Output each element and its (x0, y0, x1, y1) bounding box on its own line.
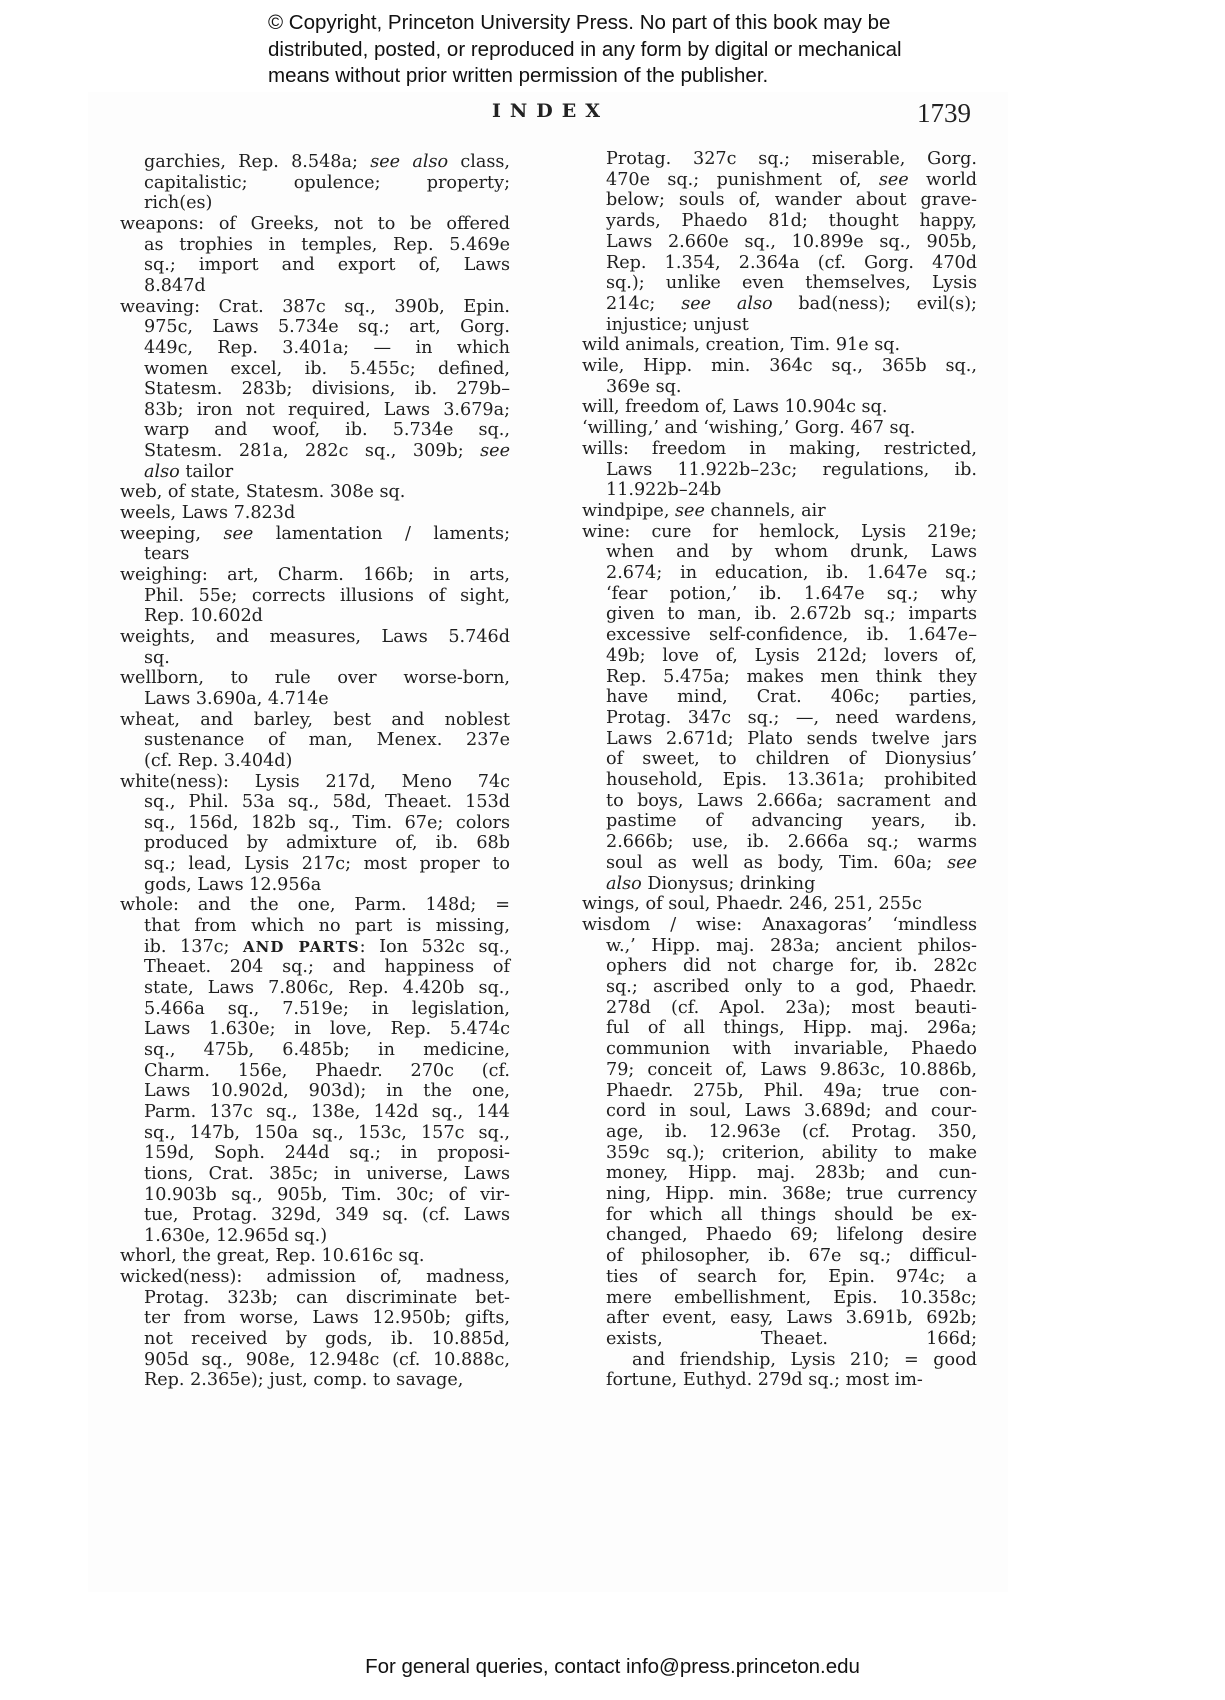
index-entry-head-line: ‘willing,’ and ‘wishing,’ Gorg. 467 sq. (582, 417, 977, 439)
index-entry-continuation-line: sq., 475b, 6.485b; in medicine, (144, 1039, 510, 1061)
italic-cross-reference: see (879, 170, 909, 190)
index-entry-continuation-line: warp and woof, ib. 5.734e sq., (144, 419, 510, 441)
index-entry-continuation-line: injustice; unjust (606, 314, 977, 336)
index-entry-continuation-line: state, Laws 7.806c, Rep. 4.420b sq., (144, 977, 510, 999)
index-entry-continuation-line: (cf. Rep. 3.404d) (144, 750, 510, 772)
index-entry-continuation-line: Laws 11.922b–23c; regulations, ib. (606, 459, 977, 481)
index-entry-continuation-line: yards, Phaedo 81d; thought happy, (606, 210, 977, 232)
index-entry-head-line: weapons: of Greeks, not to be offered (120, 213, 510, 235)
index-entry-continuation-line: 10.903b sq., 905b, Tim. 30c; of vir- (144, 1184, 510, 1206)
index-entry-continuation-line: women excel, ib. 5.455c; defined, (144, 358, 510, 380)
index-entry-continuation-line: rich(es) (144, 192, 510, 214)
index-entry-continuation-line: sq.; ascribed only to a god, Phaedr. (606, 976, 977, 998)
index-entry-head-line: weighing: art, Charm. 166b; in arts, (120, 564, 510, 586)
index-entry-continuation-line: tears (144, 543, 510, 565)
index-entry-continuation-line: excessive self-confidence, ib. 1.647e– (606, 624, 977, 646)
index-entry-head-line: wellborn, to rule over worse-born, (120, 667, 510, 689)
index-entry-continuation-line: Laws 10.902d, 903d); in the one, (144, 1080, 510, 1102)
index-entry-continuation-line: ter from worse, Laws 12.950b; gifts, (144, 1307, 510, 1329)
index-entry-continuation-line: tions, Crat. 385c; in universe, Laws (144, 1163, 510, 1185)
footer-contact: For general queries, contact info@press.… (0, 1655, 1225, 1679)
index-entry-continuation-line: household, Epis. 13.361a; prohibited (606, 769, 977, 791)
index-entry-continuation-line: 1.630e, 12.965d sq.) (144, 1225, 510, 1247)
index-entry-continuation-line: 905d sq., 908e, 12.948c (cf. 10.888c, (144, 1349, 510, 1371)
index-entry-head-line: wile, Hipp. min. 364c sq., 365b sq., (582, 355, 977, 377)
index-entry-continuation-line: 449c, Rep. 3.401a; — in which (144, 337, 510, 359)
small-caps-subheading: AND PARTS (243, 938, 360, 956)
index-entry-head-line: wheat, and barley, best and noblest (120, 709, 510, 731)
italic-cross-reference: also (606, 874, 642, 894)
index-entry-continuation-line: not received by gods, ib. 10.885d, (144, 1328, 510, 1350)
index-entry-head-line: windpipe, see channels, air (582, 500, 977, 522)
index-entry-continuation-line: Statesm. 283b; divisions, ib. 279b– (144, 378, 510, 400)
index-entry-continuation-line: fortune, Euthyd. 279d sq.; most im- (606, 1369, 977, 1391)
index-entry-head-line: wicked(ness): admission of, madness, (120, 1266, 510, 1288)
index-entry-continuation-line: 359c sq.); criterion, ability to make (606, 1142, 977, 1164)
index-entry-continuation-line: sq.); unlike even themselves, Lysis (606, 272, 977, 294)
index-entry-continuation-line: 11.922b–24b (606, 479, 977, 501)
index-entry-continuation-line: 2.674; in education, ib. 1.647e sq.; (606, 562, 977, 584)
index-entry-head-line: weights, and measures, Laws 5.746d (120, 626, 510, 648)
index-entry-continuation-line: 2.666b; use, ib. 2.666a sq.; warms (606, 831, 977, 853)
index-entry-continuation-line: gods, Laws 12.956a (144, 874, 510, 896)
italic-cross-reference: also (144, 462, 180, 482)
index-entry-continuation-line: Rep. 1.354, 2.364a (cf. Gorg. 470d (606, 252, 977, 274)
index-entry-continuation-line: 369e sq. (606, 376, 977, 398)
index-entry-continuation-line: ties of search for, Epin. 974c; a (606, 1266, 977, 1288)
index-entry-continuation-line: 49b; love of, Lysis 212d; lovers of, (606, 645, 977, 667)
italic-cross-reference: see (480, 441, 510, 461)
index-entry-continuation-line: garchies, Rep. 8.548a; see also class, (144, 151, 510, 173)
index-entry-head-line: whorl, the great, Rep. 10.616c sq. (120, 1245, 510, 1267)
index-entry-continuation-line: as trophies in temples, Rep. 5.469e (144, 234, 510, 256)
index-entry-continuation-line: sustenance of man, Menex. 237e (144, 729, 510, 751)
index-entry-continuation-line: have mind, Crat. 406c; parties, (606, 686, 977, 708)
index-entry-continuation-line: 8.847d (144, 275, 510, 297)
copyright-notice: © Copyright, Princeton University Press.… (268, 10, 968, 90)
italic-cross-reference: see (947, 853, 977, 873)
index-entry-continuation-line: Charm. 156e, Phaedr. 270c (cf. (144, 1060, 510, 1082)
index-entry-continuation-line: ib. 137c; AND PARTS: Ion 532c sq., (144, 936, 510, 958)
index-entry-head-line: will, freedom of, Laws 10.904c sq. (582, 396, 977, 418)
copyright-line: distributed, posted, or reproduced in an… (268, 37, 968, 64)
index-entry-continuation-line: 159d, Soph. 244d sq.; in proposi- (144, 1142, 510, 1164)
index-entry-continuation-line: 79; conceit of, Laws 9.863c, 10.886b, (606, 1059, 977, 1081)
index-entry-continuation-line: Rep. 2.365e); just, comp. to savage, (144, 1369, 510, 1391)
index-entry-continuation-line: sq. (144, 647, 510, 669)
index-entry-continuation-line: Theaet. 204 sq.; and happiness of (144, 956, 510, 978)
running-head-title: INDEX (492, 100, 609, 122)
index-entry-head-line: web, of state, Statesm. 308e sq. (120, 481, 510, 503)
index-entry-continuation-line: Phil. 55e; corrects illusions of sight, (144, 585, 510, 607)
index-entry-continuation-line: ful of all things, Hipp. maj. 296a; (606, 1017, 977, 1039)
italic-cross-reference: see also (370, 152, 448, 172)
index-entry-head-line: whole: and the one, Parm. 148d; = (120, 894, 510, 916)
index-entry-continuation-line: of philosopher, ib. 67e sq.; difficul- (606, 1245, 977, 1267)
index-entry-continuation-line: Rep. 5.475a; makes men think they (606, 666, 977, 688)
index-entry-continuation-line: ning, Hipp. min. 368e; true currency (606, 1183, 977, 1205)
index-entry-continuation-line: Protag. 347c sq.; —, need wardens, (606, 707, 977, 729)
index-entry-continuation-line: and friendship, Lysis 210; = good (632, 1349, 977, 1371)
index-entry-continuation-line: Laws 2.660e sq., 10.899e sq., 905b, (606, 231, 977, 253)
index-entry-continuation-line: 83b; iron not required, Laws 3.679a; (144, 399, 510, 421)
index-entry-continuation-line: Protag. 327c sq.; miserable, Gorg. (606, 148, 977, 170)
index-entry-continuation-line: w.,’ Hipp. maj. 283a; ancient philos- (606, 935, 977, 957)
index-entry-continuation-line: age, ib. 12.963e (cf. Protag. 350, (606, 1121, 977, 1143)
index-entry-continuation-line: given to man, ib. 2.672b sq.; imparts (606, 603, 977, 625)
index-entry-continuation-line: cord in soul, Laws 3.689d; and cour- (606, 1100, 977, 1122)
italic-cross-reference: see (675, 501, 705, 521)
index-entry-head-line: weels, Laws 7.823d (120, 502, 510, 524)
index-entry-continuation-line: for which all things should be ex- (606, 1204, 977, 1226)
index-entry-continuation-line: ‘fear potion,’ ib. 1.647e sq.; why (606, 583, 977, 605)
index-entry-continuation-line: 5.466a sq., 7.519e; in legislation, (144, 998, 510, 1020)
copyright-line: © Copyright, Princeton University Press.… (268, 10, 968, 37)
index-entry-continuation-line: sq., Phil. 53a sq., 58d, Theaet. 153d (144, 791, 510, 813)
index-entry-continuation-line: 214c; see also bad(ness); evil(s); (606, 293, 977, 315)
index-entry-continuation-line: produced by admixture of, ib. 68b (144, 832, 510, 854)
index-entry-continuation-line: money, Hipp. maj. 283b; and cun- (606, 1162, 977, 1184)
index-entry-continuation-line: sq., 147b, 150a sq., 153c, 157c sq., (144, 1122, 510, 1144)
index-entry-continuation-line: 278d (cf. Apol. 23a); most beauti- (606, 997, 977, 1019)
index-entry-continuation-line: 975c, Laws 5.734e sq.; art, Gorg. (144, 316, 510, 338)
index-entry-head-line: wine: cure for hemlock, Lysis 219e; (582, 521, 977, 543)
index-entry-head-line: wisdom / wise: Anaxagoras’ ‘mindless (582, 914, 977, 936)
index-entry-continuation-line: tue, Protag. 329d, 349 sq. (cf. Laws (144, 1204, 510, 1226)
index-entry-continuation-line: sq.; import and export of, Laws (144, 254, 510, 276)
index-entry-head-line: white(ness): Lysis 217d, Meno 74c (120, 771, 510, 793)
index-entry-continuation-line: when and by whom drunk, Laws (606, 541, 977, 563)
index-entry-continuation-line: of sweet, to children of Dionysius’ (606, 748, 977, 770)
index-entry-continuation-line: 470e sq.; punishment of, see world (606, 169, 977, 191)
index-entry-head-line: weeping, see lamentation / laments; (120, 523, 510, 545)
index-entry-continuation-line: capitalistic; opulence; property; (144, 172, 510, 194)
page-number: 1739 (917, 98, 971, 129)
index-entry-continuation-line: exists, Theaet. 166d; (606, 1328, 977, 1350)
index-entry-head-line: wild animals, creation, Tim. 91e sq. (582, 334, 977, 356)
index-entry-head-line: weaving: Crat. 387c sq., 390b, Epin. (120, 296, 510, 318)
index-entry-continuation-line: communion with invariable, Phaedo (606, 1038, 977, 1060)
index-entry-continuation-line: Laws 2.671d; Plato sends twelve jars (606, 728, 977, 750)
italic-cross-reference: see (223, 524, 253, 544)
index-entry-continuation-line: sq., 156d, 182b sq., Tim. 67e; colors (144, 812, 510, 834)
index-entry-continuation-line: Protag. 323b; can discriminate bet- (144, 1287, 510, 1309)
index-entry-head-line: wings, of soul, Phaedr. 246, 251, 255c (582, 893, 977, 915)
index-entry-continuation-line: after event, easy, Laws 3.691b, 692b; (606, 1307, 977, 1329)
index-entry-continuation-line: changed, Phaedo 69; lifelong desire (606, 1224, 977, 1246)
index-entry-continuation-line: soul as well as body, Tim. 60a; see (606, 852, 977, 874)
index-entry-continuation-line: below; souls of, wander about grave- (606, 189, 977, 211)
index-entry-continuation-line: that from which no part is missing, (144, 915, 510, 937)
index-entry-continuation-line: mere embellishment, Epis. 10.358c; (606, 1287, 977, 1309)
index-entry-continuation-line: Laws 3.690a, 4.714e (144, 688, 510, 710)
index-entry-continuation-line: Statesm. 281a, 282c sq., 309b; see (144, 440, 510, 462)
index-entry-continuation-line: pastime of advancing years, ib. (606, 810, 977, 832)
index-entry-continuation-line: Laws 1.630e; in love, Rep. 5.474c (144, 1018, 510, 1040)
copyright-line: means without prior written permission o… (268, 63, 968, 90)
italic-cross-reference: see also (681, 294, 772, 314)
index-entry-continuation-line: Rep. 10.602d (144, 605, 510, 627)
index-entry-continuation-line: to boys, Laws 2.666a; sacrament and (606, 790, 977, 812)
index-entry-continuation-line: also tailor (144, 461, 510, 483)
index-entry-continuation-line: ophers did not charge for, ib. 282c (606, 955, 977, 977)
index-entry-continuation-line: Phaedr. 275b, Phil. 49a; true con- (606, 1080, 977, 1102)
index-entry-continuation-line: sq.; lead, Lysis 217c; most proper to (144, 853, 510, 875)
index-entry-head-line: wills: freedom in making, restricted, (582, 438, 977, 460)
index-entry-continuation-line: also Dionysus; drinking (606, 873, 977, 895)
index-entry-continuation-line: Parm. 137c sq., 138e, 142d sq., 144 (144, 1101, 510, 1123)
